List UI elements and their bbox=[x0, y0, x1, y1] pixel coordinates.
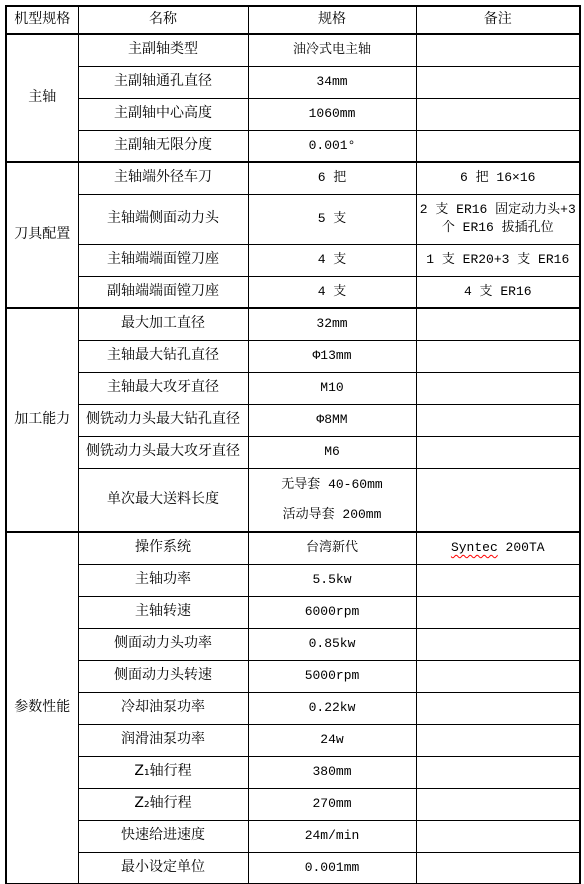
header-name: 名称 bbox=[78, 6, 248, 34]
table-row: 侧铣动力头最大攻牙直径 M6 bbox=[6, 436, 580, 468]
table-row: 加工能力 最大加工直径 32mm bbox=[6, 308, 580, 340]
cell-note bbox=[416, 308, 580, 340]
cell-note bbox=[416, 130, 580, 162]
header-model-spec: 机型规格 bbox=[6, 6, 78, 34]
table-row: 最小设定单位 0.001mm bbox=[6, 852, 580, 884]
table-row: 主副轴通孔直径 34mm bbox=[6, 66, 580, 98]
cell-spec: 0.85kw bbox=[248, 628, 416, 660]
cell-note: 2 支 ER16 固定动力头+3 个 ER16 拔插孔位 bbox=[416, 194, 580, 244]
table-row: 参数性能 操作系统 台湾新代 Syntec 200TA bbox=[6, 532, 580, 564]
cell-spec: 5.5kw bbox=[248, 564, 416, 596]
table-row: 侧面动力头转速 5000rpm bbox=[6, 660, 580, 692]
table-row: 冷却油泵功率 0.22kw bbox=[6, 692, 580, 724]
spec-line-sliding-guide-bush: 活动导套 200mm bbox=[252, 500, 413, 530]
cell-note bbox=[416, 436, 580, 468]
cell-note bbox=[416, 724, 580, 756]
cell-note: 4 支 ER16 bbox=[416, 276, 580, 308]
table-row: 单次最大送料长度 无导套 40-60mm 活动导套 200mm bbox=[6, 468, 580, 532]
cell-spec: 油冷式电主轴 bbox=[248, 34, 416, 66]
cell-spec: 5 支 bbox=[248, 194, 416, 244]
cell-spec: 34mm bbox=[248, 66, 416, 98]
cell-spec: 32mm bbox=[248, 308, 416, 340]
cell-spec: 0.001mm bbox=[248, 852, 416, 884]
cell-name: Z₂轴行程 bbox=[78, 788, 248, 820]
table-row: 副轴端端面镗刀座 4 支 4 支 ER16 bbox=[6, 276, 580, 308]
cell-note bbox=[416, 692, 580, 724]
cell-name: 主副轴通孔直径 bbox=[78, 66, 248, 98]
table-row: 快速给进速度 24m/min bbox=[6, 820, 580, 852]
cell-note bbox=[416, 34, 580, 66]
cell-note bbox=[416, 820, 580, 852]
cell-spec: 台湾新代 bbox=[248, 532, 416, 564]
cell-spec: 无导套 40-60mm 活动导套 200mm bbox=[248, 468, 416, 532]
cell-note bbox=[416, 66, 580, 98]
cell-name: 快速给进速度 bbox=[78, 820, 248, 852]
table-row: 主轴功率 5.5kw bbox=[6, 564, 580, 596]
cell-name: 主副轴中心高度 bbox=[78, 98, 248, 130]
cell-spec: 0.001° bbox=[248, 130, 416, 162]
cell-note: 1 支 ER20+3 支 ER16 bbox=[416, 244, 580, 276]
cell-spec: 5000rpm bbox=[248, 660, 416, 692]
cell-note bbox=[416, 660, 580, 692]
cell-name: 操作系统 bbox=[78, 532, 248, 564]
cell-name: 侧铣动力头最大钻孔直径 bbox=[78, 404, 248, 436]
table-row: 主轴端端面镗刀座 4 支 1 支 ER20+3 支 ER16 bbox=[6, 244, 580, 276]
group-label-spindle: 主轴 bbox=[6, 34, 78, 162]
cell-note bbox=[416, 756, 580, 788]
header-spec: 规格 bbox=[248, 6, 416, 34]
table-row: Z₂轴行程 270mm bbox=[6, 788, 580, 820]
cell-spec: 0.22kw bbox=[248, 692, 416, 724]
cell-spec: 270mm bbox=[248, 788, 416, 820]
table-row: 主副轴无限分度 0.001° bbox=[6, 130, 580, 162]
table-row: 侧铣动力头最大钻孔直径 Φ8MM bbox=[6, 404, 580, 436]
group-label-tooling: 刀具配置 bbox=[6, 162, 78, 308]
cell-name: 副轴端端面镗刀座 bbox=[78, 276, 248, 308]
cell-name: 主轴端端面镗刀座 bbox=[78, 244, 248, 276]
table-row: 侧面动力头功率 0.85kw bbox=[6, 628, 580, 660]
cell-name: 主轴最大钻孔直径 bbox=[78, 340, 248, 372]
table-row: 主副轴中心高度 1060mm bbox=[6, 98, 580, 130]
document-page: 机型规格 名称 规格 备注 主轴 主副轴类型 油冷式电主轴 主副轴通孔直径 34… bbox=[0, 0, 584, 884]
cell-name: 主轴功率 bbox=[78, 564, 248, 596]
cell-spec: Φ13mm bbox=[248, 340, 416, 372]
cell-spec: 380mm bbox=[248, 756, 416, 788]
group-label-performance: 参数性能 bbox=[6, 532, 78, 884]
spec-line-no-guide-bush: 无导套 40-60mm bbox=[252, 470, 413, 500]
cell-note: Syntec 200TA bbox=[416, 532, 580, 564]
cell-spec: Φ8MM bbox=[248, 404, 416, 436]
cell-note bbox=[416, 564, 580, 596]
cell-name: 主副轴类型 bbox=[78, 34, 248, 66]
cell-name: 侧面动力头转速 bbox=[78, 660, 248, 692]
cell-note bbox=[416, 98, 580, 130]
cell-note bbox=[416, 340, 580, 372]
machine-spec-table: 机型规格 名称 规格 备注 主轴 主副轴类型 油冷式电主轴 主副轴通孔直径 34… bbox=[5, 5, 581, 884]
cell-note bbox=[416, 628, 580, 660]
cell-name: 主轴最大攻牙直径 bbox=[78, 372, 248, 404]
cell-spec: 4 支 bbox=[248, 276, 416, 308]
header-note: 备注 bbox=[416, 6, 580, 34]
cell-spec: 1060mm bbox=[248, 98, 416, 130]
cell-note: 6 把 16×16 bbox=[416, 162, 580, 194]
cell-name: 单次最大送料长度 bbox=[78, 468, 248, 532]
cell-spec: 4 支 bbox=[248, 244, 416, 276]
table-row: 主轴最大钻孔直径 Φ13mm bbox=[6, 340, 580, 372]
table-row: 主轴 主副轴类型 油冷式电主轴 bbox=[6, 34, 580, 66]
cell-note bbox=[416, 404, 580, 436]
cell-note bbox=[416, 372, 580, 404]
header-row: 机型规格 名称 规格 备注 bbox=[6, 6, 580, 34]
cell-spec: 6 把 bbox=[248, 162, 416, 194]
cell-name: 最小设定单位 bbox=[78, 852, 248, 884]
cell-note bbox=[416, 788, 580, 820]
cell-name: 侧铣动力头最大攻牙直径 bbox=[78, 436, 248, 468]
group-label-capability: 加工能力 bbox=[6, 308, 78, 532]
cell-name: 主轴端侧面动力头 bbox=[78, 194, 248, 244]
cell-name: 主轴端外径车刀 bbox=[78, 162, 248, 194]
cell-spec: 6000rpm bbox=[248, 596, 416, 628]
cell-note bbox=[416, 852, 580, 884]
table-row: 主轴端侧面动力头 5 支 2 支 ER16 固定动力头+3 个 ER16 拔插孔… bbox=[6, 194, 580, 244]
cell-name: 冷却油泵功率 bbox=[78, 692, 248, 724]
cell-name: 润滑油泵功率 bbox=[78, 724, 248, 756]
note-text: 200TA bbox=[498, 540, 545, 555]
cell-note bbox=[416, 468, 580, 532]
table-row: 润滑油泵功率 24w bbox=[6, 724, 580, 756]
table-row: Z₁轴行程 380mm bbox=[6, 756, 580, 788]
cell-spec: M6 bbox=[248, 436, 416, 468]
cell-name: Z₁轴行程 bbox=[78, 756, 248, 788]
cell-note bbox=[416, 596, 580, 628]
table-row: 主轴转速 6000rpm bbox=[6, 596, 580, 628]
cell-name: 主轴转速 bbox=[78, 596, 248, 628]
table-row: 主轴最大攻牙直径 M10 bbox=[6, 372, 580, 404]
cell-name: 侧面动力头功率 bbox=[78, 628, 248, 660]
table-row: 刀具配置 主轴端外径车刀 6 把 6 把 16×16 bbox=[6, 162, 580, 194]
cell-spec: M10 bbox=[248, 372, 416, 404]
spellcheck-flagged-word: Syntec bbox=[451, 540, 498, 555]
cell-spec: 24m/min bbox=[248, 820, 416, 852]
cell-name: 最大加工直径 bbox=[78, 308, 248, 340]
cell-spec: 24w bbox=[248, 724, 416, 756]
cell-name: 主副轴无限分度 bbox=[78, 130, 248, 162]
